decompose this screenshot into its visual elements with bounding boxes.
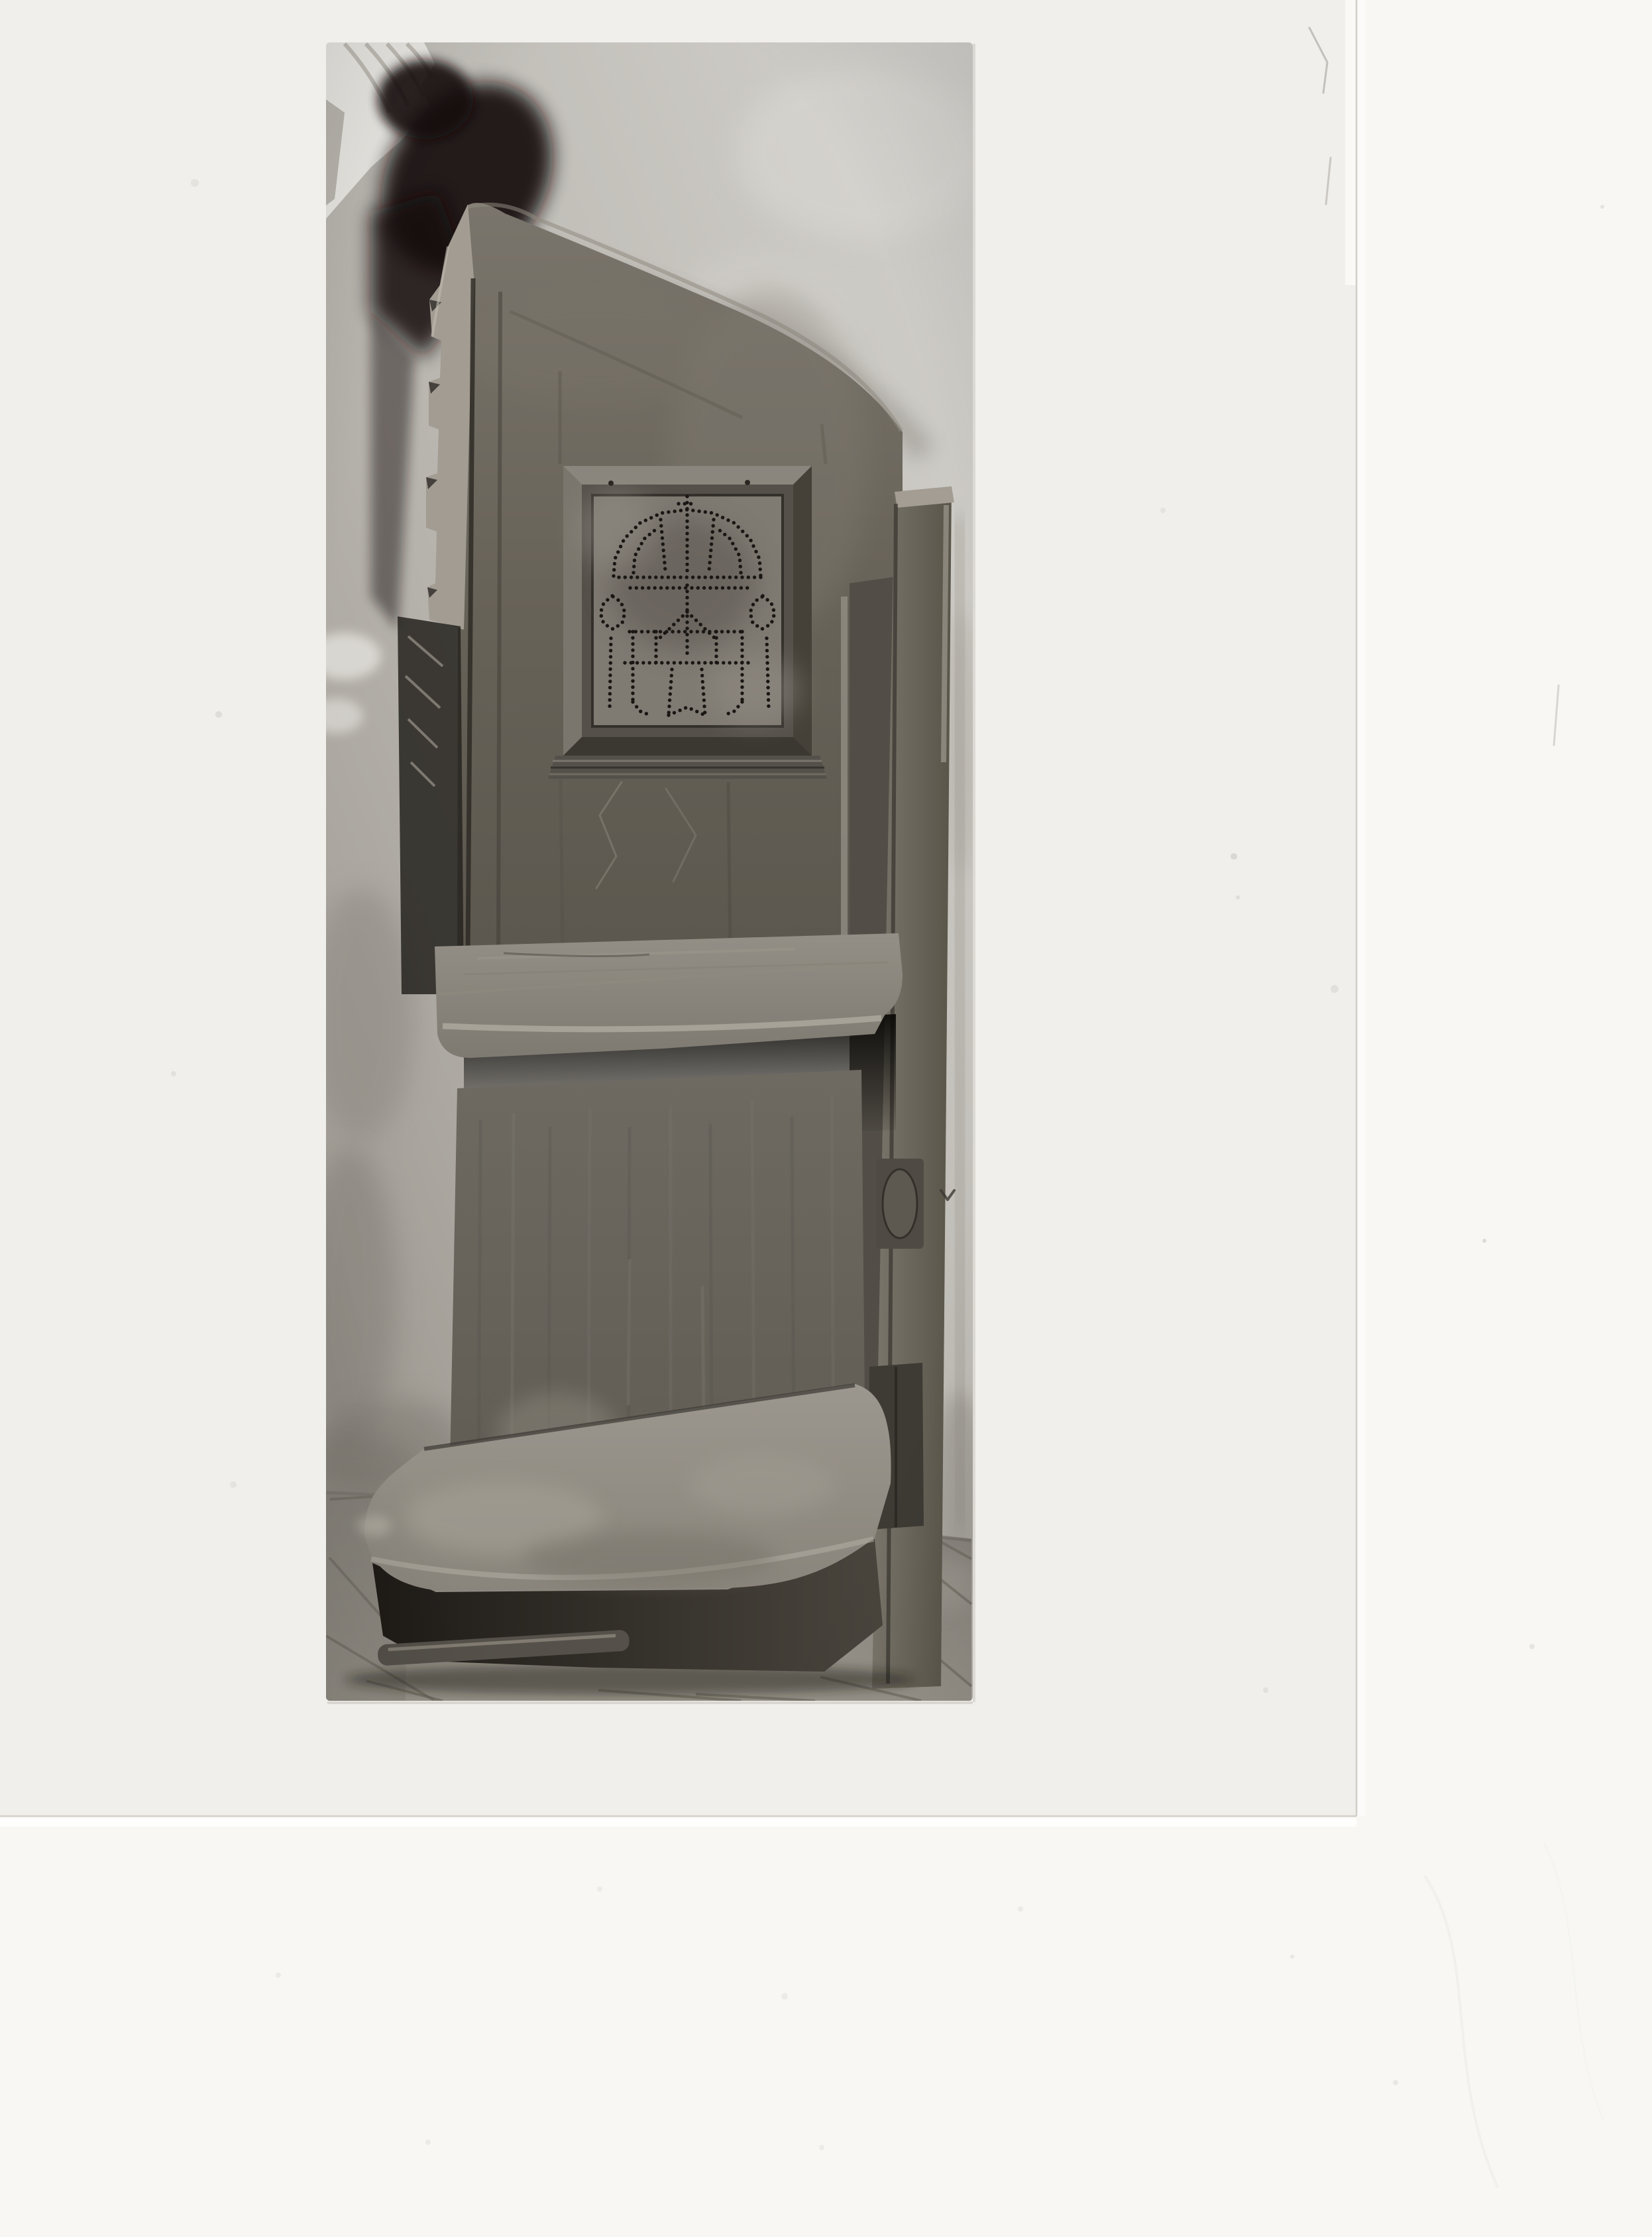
mount-crease	[1345, 0, 1356, 285]
scanned-photo-sheet	[0, 0, 1652, 2237]
mount-right-glow	[1358, 0, 1366, 1816]
photo-vignette	[326, 42, 973, 1701]
scan-canvas	[0, 0, 1652, 2237]
photograph	[265, 42, 987, 1701]
mount-bottom-glow	[0, 1818, 1356, 1827]
